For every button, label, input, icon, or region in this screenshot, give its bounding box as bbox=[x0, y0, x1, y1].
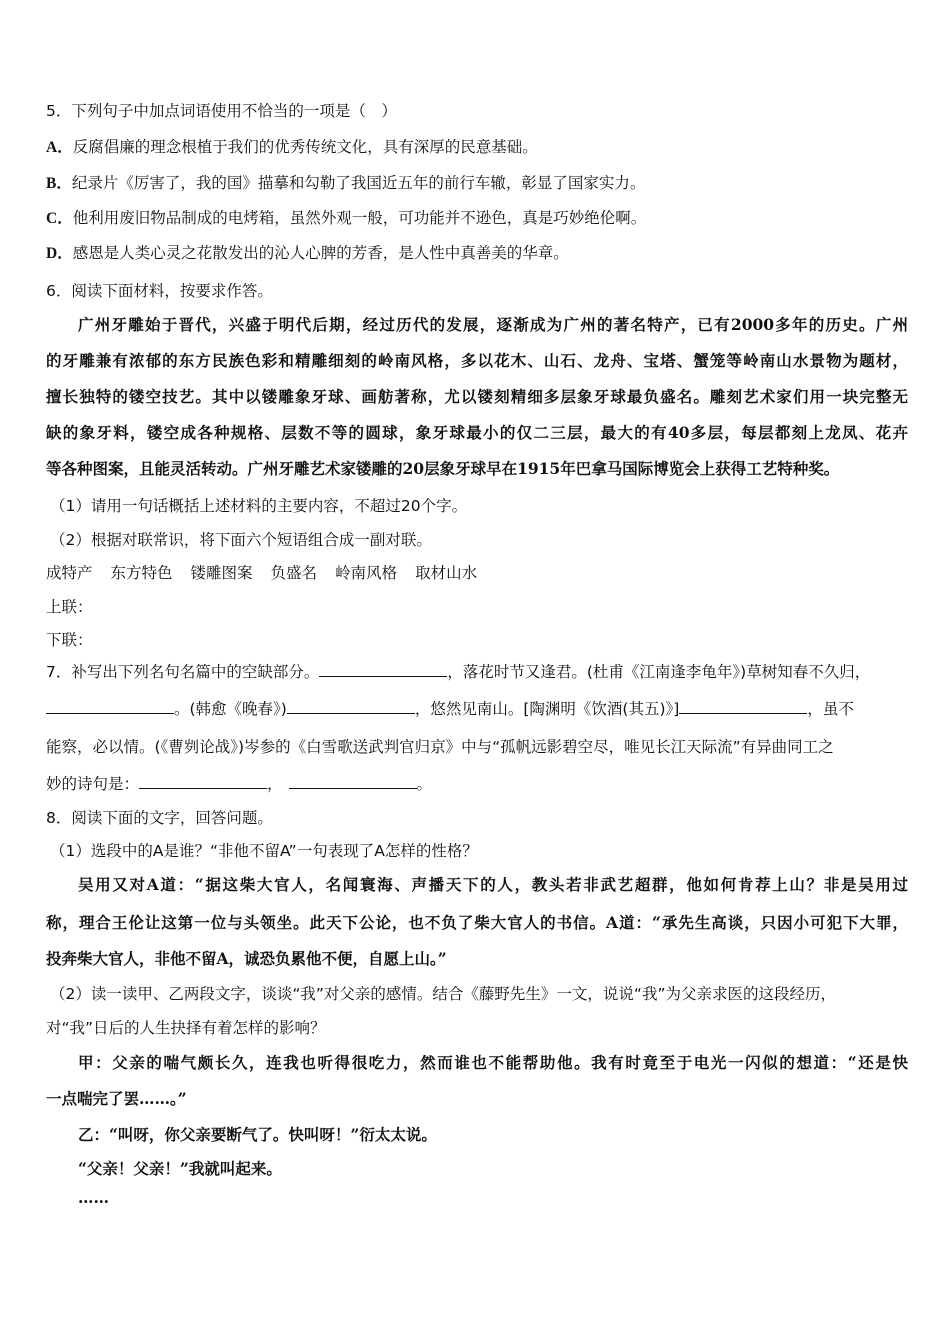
phrase: 取材山水 bbox=[415, 564, 477, 582]
q7-stem: 7．补写出下列名句名篇中的空缺部分。 bbox=[46, 663, 319, 681]
yi-passage-line-1: 乙：“叫呀，你父亲要断气了。快叫呀！”衍太太说。 bbox=[78, 1125, 437, 1145]
document-page: 5．下列句子中加点词语使用不恰当的一项是（ ） A．反腐倡廉的理念根植于我们的优… bbox=[0, 0, 950, 1344]
q7-line-4: 妙的诗句是：，。 bbox=[46, 774, 432, 794]
q7-text: 妙的诗句是： bbox=[46, 775, 139, 793]
q6-passage-line-4: 缺的象牙料，镂空成各种规格、层数不等的圆球，象牙球最小的仅二三层，最大的有40多… bbox=[46, 423, 908, 443]
q6-sub-question-2: （2）根据对联常识，将下面六个短语组合成一副对联。 bbox=[50, 530, 432, 550]
option-text: 感恩是人类心灵之花散发出的沁人心脾的芳香，是人性中真善美的华章。 bbox=[73, 244, 569, 262]
option-letter: A． bbox=[46, 139, 73, 156]
q8-passage-line-2: 称，理合王伦让这第一位与头领坐。此天下公论，也不负了柴大官人的书信。A道：“承先… bbox=[46, 913, 908, 933]
answer-blank[interactable] bbox=[319, 662, 447, 677]
option-text: 纪录片《厉害了，我的国》描摹和勾勒了我国近五年的前行车辙，彰显了国家实力。 bbox=[72, 174, 646, 192]
phrase: 成特产 bbox=[46, 564, 93, 582]
phrase: 镂雕图案 bbox=[191, 564, 253, 582]
phrase: 东方特色 bbox=[111, 564, 173, 582]
option-letter: D． bbox=[46, 245, 73, 262]
q6-passage-line-2: 的牙雕兼有浓郁的东方民族色彩和精雕细刻的岭南风格，多以花木、山石、龙舟、宝塔、蟹… bbox=[46, 351, 908, 371]
phrase: 负盛名 bbox=[271, 564, 318, 582]
q6-phrase-list: 成特产东方特色镂雕图案负盛名岭南风格取材山水 bbox=[46, 563, 495, 583]
q6-passage-line-3: 擅长独特的镂空技艺。其中以镂雕象牙球、画舫著称，尤以镂刻精细多层象牙球最负盛名。… bbox=[46, 387, 908, 407]
q5-option-c: C．他利用废旧物品制成的电烤箱，虽然外观一般，可功能并不逊色，真是巧妙绝伦啊。 bbox=[46, 208, 646, 229]
ellipsis: …… bbox=[78, 1188, 109, 1208]
answer-blank[interactable] bbox=[46, 699, 174, 714]
q8-sub-question-1: （1）选段中的A是谁？“非他不留A”一句表现了A怎样的性格？ bbox=[50, 841, 478, 861]
q8-stem: 8．阅读下面的文字，回答问题。 bbox=[46, 808, 273, 828]
q6-passage-line-5: 等各种图案，且能灵活转动。广州牙雕艺术家镂雕的20层象牙球早在1915年巴拿马国… bbox=[46, 459, 908, 479]
q8-sub-question-2-line-1: （2）读一读甲、乙两段文字，谈谈“我”对父亲的感情。结合《藤野先生》一文，说说“… bbox=[50, 984, 836, 1004]
q6-passage-line-1: 广州牙雕始于晋代，兴盛于明代后期，经过历代的发展，逐渐成为广州的著名特产，已有2… bbox=[78, 315, 908, 335]
yi-passage-line-2: “父亲！父亲！”我就叫起来。 bbox=[78, 1159, 282, 1179]
q7-text: ，落花时节又逢君。(杜甫《江南逢李龟年》)草树知春不久归， bbox=[447, 663, 870, 681]
option-letter: C． bbox=[46, 210, 73, 227]
q8-passage-line-1: 吴用又对A道：“据这柴大官人，名闻寰海、声播天下的人，教头若非武艺超群，他如何肯… bbox=[78, 875, 908, 895]
answer-blank[interactable] bbox=[139, 774, 267, 789]
answer-blank[interactable] bbox=[287, 699, 415, 714]
answer-blank[interactable] bbox=[679, 699, 807, 714]
phrase: 岭南风格 bbox=[335, 564, 397, 582]
q7-text: ，悠然见南山。[陶渊明《饮酒(其五)》] bbox=[415, 700, 679, 718]
q5-option-b: B．纪录片《厉害了，我的国》描摹和勾勒了我国近五年的前行车辙，彰显了国家实力。 bbox=[46, 173, 645, 194]
q5-option-a: A．反腐倡廉的理念根植于我们的优秀传统文化，具有深厚的民意基础。 bbox=[46, 137, 538, 158]
option-text: 反腐倡廉的理念根植于我们的优秀传统文化，具有深厚的民意基础。 bbox=[73, 138, 538, 156]
q5-option-d: D．感恩是人类心灵之花散发出的沁人心脾的芳香，是人性中真善美的华章。 bbox=[46, 243, 569, 264]
q7-line-2: 。(韩愈《晚春》)，悠然见南山。[陶渊明《饮酒(其五)》]，虽不 bbox=[46, 699, 854, 719]
option-text: 他利用废旧物品制成的电烤箱，虽然外观一般，可功能并不逊色，真是巧妙绝伦啊。 bbox=[73, 209, 647, 227]
q7-text: 。(韩愈《晚春》) bbox=[174, 700, 287, 718]
q8-sub-question-2-line-2: 对“我”日后的人生抉择有着怎样的影响？ bbox=[46, 1018, 326, 1038]
jia-passage-line-2: 一点喘完了罢……。” bbox=[46, 1089, 187, 1109]
jia-passage-line-1: 甲：父亲的喘气颇长久，连我也听得很吃力，然而谁也不能帮助他。我有时竟至于电光一闪… bbox=[78, 1053, 908, 1073]
answer-blank[interactable] bbox=[289, 774, 417, 789]
q5-stem: 5．下列句子中加点词语使用不恰当的一项是（ ） bbox=[46, 101, 397, 121]
q7-text: ，虽不 bbox=[807, 700, 854, 718]
q8-passage-line-3: 投奔柴大官人，非他不留A，诚恐负累他不便，自愿上山。” bbox=[46, 949, 447, 969]
q6-sub-question-1: （1）请用一句话概括上述材料的主要内容，不超过20个字。 bbox=[50, 496, 467, 516]
q7-line-3: 能察，必以情。(《曹刿论战》)岑参的《白雪歌送武判官归京》中与“孤帆远影碧空尽，… bbox=[46, 737, 834, 757]
q6-stem: 6．阅读下面材料，按要求作答。 bbox=[46, 281, 273, 301]
q7-text: ， bbox=[267, 775, 283, 793]
q7-line-1: 7．补写出下列名句名篇中的空缺部分。，落花时节又逢君。(杜甫《江南逢李龟年》)草… bbox=[46, 662, 870, 682]
q7-text: 。 bbox=[417, 775, 433, 793]
upper-couplet-label: 上联： bbox=[46, 597, 93, 617]
option-letter: B． bbox=[46, 175, 72, 192]
lower-couplet-label: 下联： bbox=[46, 630, 93, 650]
